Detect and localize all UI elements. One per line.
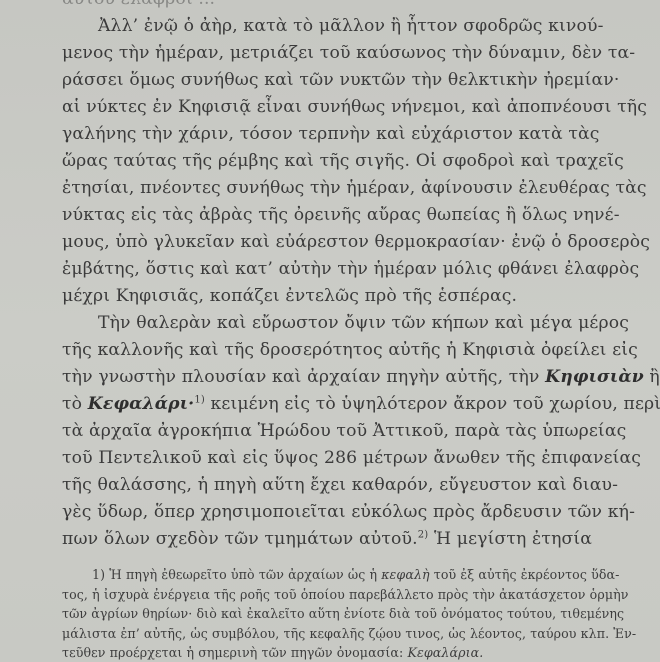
paragraph-start-text: Τὴν θαλερὰν καὶ εὔρωστον ὄψιν τῶν κήπων … xyxy=(62,310,602,337)
text-line: τοῦ Πεντελικοῦ καὶ εἰς ὕψος 286 μέτρων ἄ… xyxy=(62,445,602,472)
text-line: νύκτας εἰς τὰς ἀβρὰς τῆς ὀρεινῆς αὔρας θ… xyxy=(62,202,602,229)
footnote-emphasis: Κεφαλάρια. xyxy=(408,645,484,660)
text-line: γαλήνης τὴν χάριν, τόσον τερπνὴν καὶ εὐχ… xyxy=(62,121,602,148)
main-body-text: αὐτοῦ ἐλαφροῖ ... Ἀλλ’ ἐνῷ ὁ ἀὴρ, κατὰ τ… xyxy=(62,0,602,553)
paragraph-start-text: Ἀλλ’ ἐνῷ ὁ ἀὴρ, κατὰ τὸ μᾶλλον ἢ ἧττον σ… xyxy=(98,13,604,40)
emphasis-kifisian: Κηφισιὰν xyxy=(545,367,644,387)
text-line: τὴν γνωστὴν πλουσίαν καὶ ἀρχαίαν πηγὴν α… xyxy=(62,364,602,391)
text-line: τὸ Κεφαλάρι·1) κειμένη εἰς τὸ ὑψηλότερον… xyxy=(62,391,602,418)
text-line: ὥρας ταύτας τῆς ρέμβης καὶ τῆς σιγῆς. Οἱ… xyxy=(62,148,602,175)
scanned-book-page: αὐτοῦ ἐλαφροῖ ... Ἀλλ’ ἐνῷ ὁ ἀὴρ, κατὰ τ… xyxy=(0,0,660,662)
text-line: ἐτησίαι, πνέοντες συνήθως τὴν ἡμέραν, ἀφ… xyxy=(62,175,602,202)
text-line: ράσσει ὅμως συνήθως καὶ τῶν νυκτῶν τὴν θ… xyxy=(62,67,602,94)
emphasis-kefalari: Κεφαλάρι· xyxy=(88,394,195,414)
footnote-line: μάλιστα ἐπ’ αὐτῆς, ὡς συμβόλου, τῆς κεφα… xyxy=(62,624,602,644)
text-line: αἱ νύκτες ἐν Κηφισιᾷ εἶναι συνήθως νήνεμ… xyxy=(62,94,602,121)
text-line: τὰ ἀρχαῖα ἀγροκήπια Ἡρώδου τοῦ Ἀττικοῦ, … xyxy=(62,418,602,445)
footnote-ref-2[interactable]: 2) xyxy=(418,529,429,540)
footnote-marker: 1) xyxy=(92,567,105,582)
text-line: γὲς ὕδωρ, ὅπερ χρησιμοποιεῖται εὐκόλως π… xyxy=(62,499,602,526)
footnote-line: τεῦθεν προέρχεται ἡ σημερινὴ τῶν πηγῶν ὀ… xyxy=(62,643,602,662)
text-line: μέχρι Κηφισιᾶς, κοπάζει ἐντελῶς πρὸ τῆς … xyxy=(62,283,602,310)
text-line: ἐμβάτης, ὅστις καὶ κατ’ αὐτὴν τὴν ἡμέραν… xyxy=(62,256,602,283)
text-line: τῆς καλλονῆς καὶ τῆς δροσερότητος αὐτῆς … xyxy=(62,337,602,364)
text-line: πων ὅλων σχεδὸν τῶν τμημάτων αὐτοῦ.2) Ἡ … xyxy=(62,526,602,553)
footnote-line: τος, ἡ ἰσχυρὰ ἐνέργεια τῆς ροῆς τοῦ ὁποί… xyxy=(62,585,602,605)
text-line: μους, ὑπὸ γλυκεῖαν καὶ εὐάρεστον θερμοκρ… xyxy=(62,229,602,256)
text-line: μενος τὴν ἡμέραν, μετριάζει τοῦ καύσωνος… xyxy=(62,40,602,67)
footnotes-section: 1) Ἡ πηγὴ ἐθεωρεῖτο ὑπὸ τῶν ἀρχαίων ὡς ἡ… xyxy=(62,565,602,662)
footnote-line: 1) Ἡ πηγὴ ἐθεωρεῖτο ὑπὸ τῶν ἀρχαίων ὡς ἡ… xyxy=(62,565,602,585)
text-line: Ἀλλ’ ἐνῷ ὁ ἀὴρ, κατὰ τὸ μᾶλλον ἢ ἧττον σ… xyxy=(62,13,602,40)
text-line-cut-top: αὐτοῦ ἐλαφροῖ ... xyxy=(62,0,602,13)
footnote-emphasis: κεφαλὴ xyxy=(381,567,429,582)
footnote-line: τῶν ἀγρίων θηρίων· διὸ καὶ ἐκαλεῖτο αὕτη… xyxy=(62,604,602,624)
footnote-ref-1[interactable]: 1) xyxy=(194,394,205,405)
text-line: τῆς θαλάσσης, ἡ πηγὴ αὕτη ἔχει καθαρόν, … xyxy=(62,472,602,499)
